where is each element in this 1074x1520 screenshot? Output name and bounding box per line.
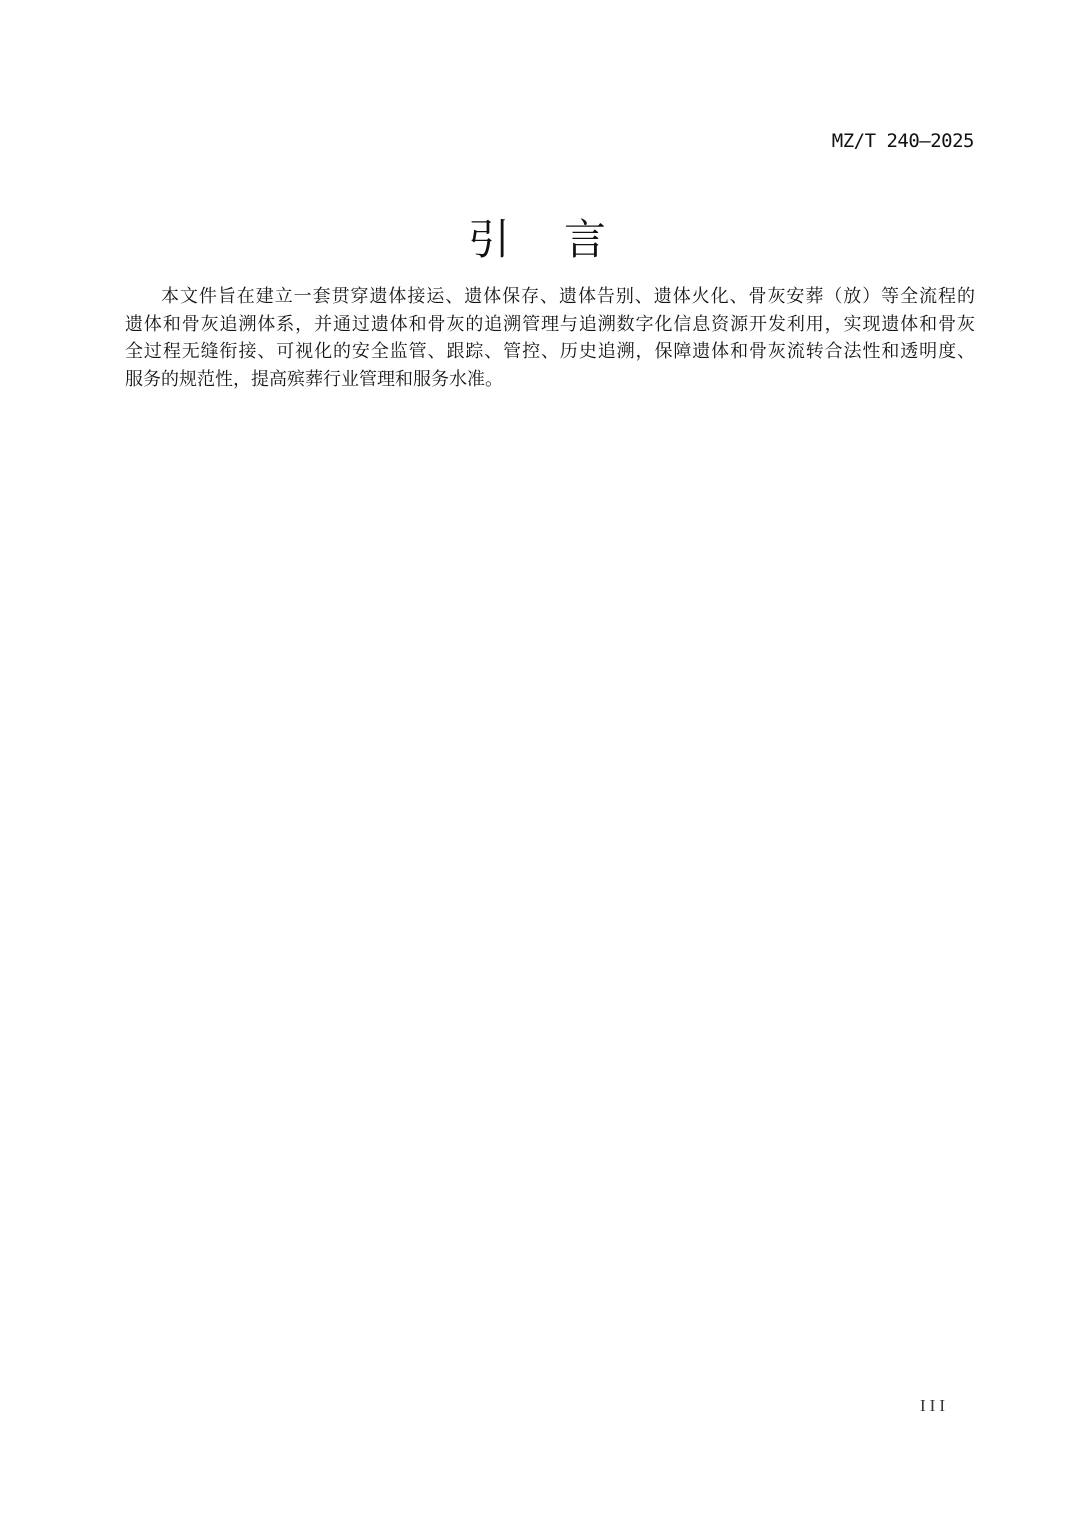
paragraph-line: 遗体和骨灰追溯体系，并通过遗体和骨灰的追溯管理与追溯数字化信息资源开发利用，实现…: [125, 311, 975, 339]
intro-paragraph: 本文件旨在建立一套贯穿遗体接运、遗体保存、遗体告别、遗体火化、骨灰安葬（放）等全…: [125, 283, 975, 393]
page-number: III: [920, 1396, 949, 1416]
page-title-char-1: 引: [468, 216, 510, 264]
page-title: 引 言: [0, 216, 1074, 264]
document-page: MZ/T 240—2025 引 言 本文件旨在建立一套贯穿遗体接运、遗体保存、遗…: [0, 0, 1074, 1520]
standard-number: MZ/T 240—2025: [832, 130, 974, 152]
paragraph-line: 服务的规范性，提高殡葬行业管理和服务水准。: [125, 366, 975, 394]
paragraph-line: 本文件旨在建立一套贯穿遗体接运、遗体保存、遗体告别、遗体火化、骨灰安葬（放）等全…: [125, 283, 975, 311]
paragraph-line: 全过程无缝衔接、可视化的安全监管、跟踪、管控、历史追溯，保障遗体和骨灰流转合法性…: [125, 338, 975, 366]
page-title-char-2: 言: [564, 216, 606, 264]
